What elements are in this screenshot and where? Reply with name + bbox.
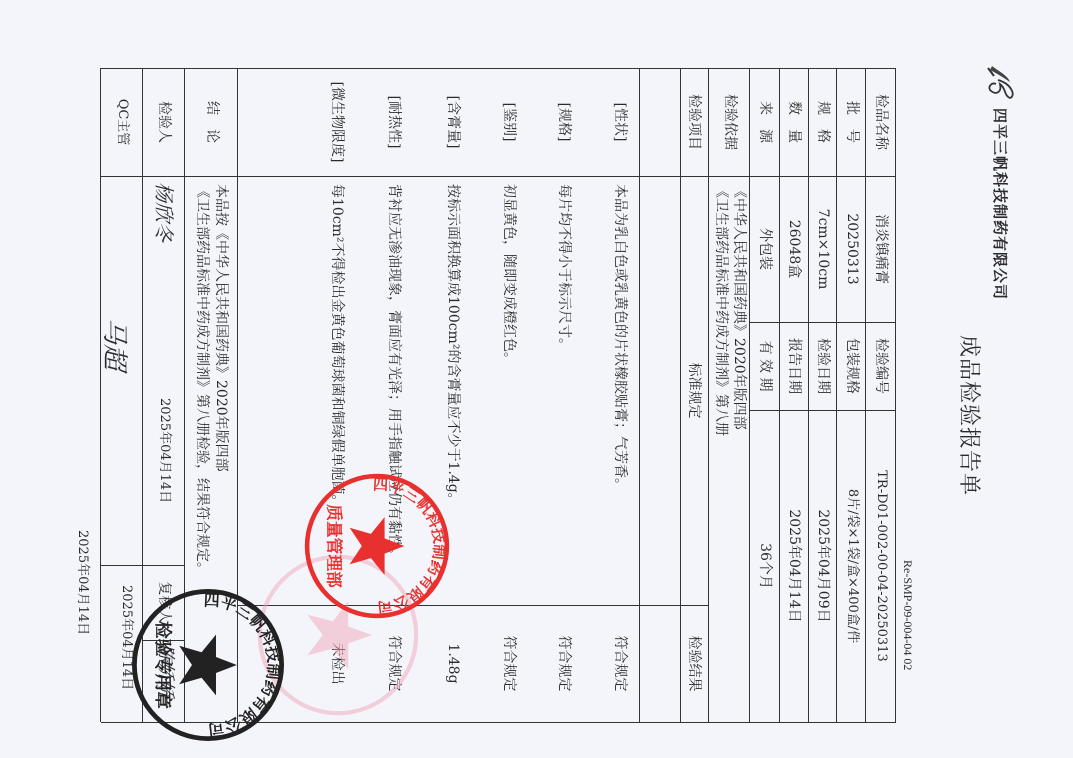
inspection-stamp: 检验专用章 四平三帆科技制药有限公司 [128,585,288,745]
document-title: 成品检验报告单 [959,335,977,496]
validity-value: 36个月 [756,410,774,722]
item-standard: 本品为乳白色或乳黄色的片状橡胶贴膏；气芳香。 [611,184,629,492]
qc-date: 2025年04月14日 [73,530,91,635]
item-result: 符合规定 [555,605,573,722]
qc-signature: 马超 [98,318,135,370]
quantity-value: 26048盒 [785,176,803,322]
qc-label: QC主管 [113,68,131,176]
source-label: 来 源 [756,68,774,176]
report-date-label: 报告日期 [785,322,803,410]
conclusion-line-2: 《卫生部药品标准中药成方制剂》第八册检验，结果符合规定。 [193,184,211,576]
inspection-no-label: 检验编号 [872,322,890,410]
source-value: 外包装 [756,176,774,322]
item-standard: 初显黄色，随即变成橙红色。 [500,184,518,366]
inspector-signature: 杨欣冬 [151,182,180,242]
inspector-label: 检验人 [155,68,173,176]
spec-value: 7cm×10cm [814,176,832,322]
item-name: [耐热性] [385,68,403,176]
validity-label: 有 效 期 [756,322,774,410]
item-standard: 按标示面积换算成100cm²的含膏量应不少于1.4g。 [444,184,462,507]
company-name: 四平三帆科技制药有限公司 [991,108,1009,300]
basis-label: 检验依据 [721,68,739,176]
inspection-date-label: 检验日期 [814,322,832,410]
package-spec-label: 包装规格 [843,322,861,410]
document-code: Re-SMP-09-004-04 02 [899,560,917,670]
col-header-result: 检验结果 [685,605,703,722]
conclusion-line-1: 本品按《中华人民共和国药典》2020年版四部 [212,184,230,472]
product-name-value: 消炎镇痛膏 [872,176,890,322]
package-spec-value: 8片/袋×1袋/盒×400盒/件 [843,410,861,722]
batch-value: 20250313 [843,176,861,322]
inspection-date-value: 2025年04月09日 [814,410,832,722]
quantity-label: 数 量 [785,68,803,176]
svg-text:检验专用章: 检验专用章 [152,621,173,709]
basis-line-2: 《卫生部药品标准中药成方制剂》第八册 [712,184,730,436]
item-name: [微生物限度] [328,68,346,176]
inspection-no-value: TR-D01-002-00-04-20250313 [872,410,890,722]
item-name: [规格] [555,68,573,176]
item-name: [鉴别] [500,68,518,176]
spec-label: 规 格 [814,68,832,176]
batch-label: 批 号 [843,68,861,176]
item-result: 符合规定 [500,605,518,722]
item-name: [性状] [611,68,629,176]
col-header-standard: 标准规定 [685,176,703,605]
col-header-item: 检验项目 [685,68,703,176]
inspector-date: 2025年04月14日 [155,398,173,503]
qa-department-stamp: 质量管理部 四平三帆科技制药有限公司 [301,470,453,622]
inspection-report-page: 四平三帆科技制药有限公司 成品检验报告单 Re-SMP-09-004-04 02… [0,0,1073,758]
company-logo-icon [984,62,1018,102]
item-result: 符合规定 [611,605,629,722]
item-name: [含膏量] [444,68,462,176]
conclusion-label: 结 论 [203,68,221,176]
report-date-value: 2025年04月14日 [785,410,803,722]
item-standard: 每片均不得小于标示尺寸。 [555,184,573,352]
item-result: 1.48g [444,605,462,722]
item-standard: 每10cm²不得检出金黄色葡萄球菌和铜绿假单胞菌。 [328,184,346,509]
svg-text:质量管理部: 质量管理部 [324,504,344,588]
product-name-label: 检品名称 [872,68,890,176]
basis-line-1: 《中华人民共和国药典》2020年版四部 [730,184,748,430]
